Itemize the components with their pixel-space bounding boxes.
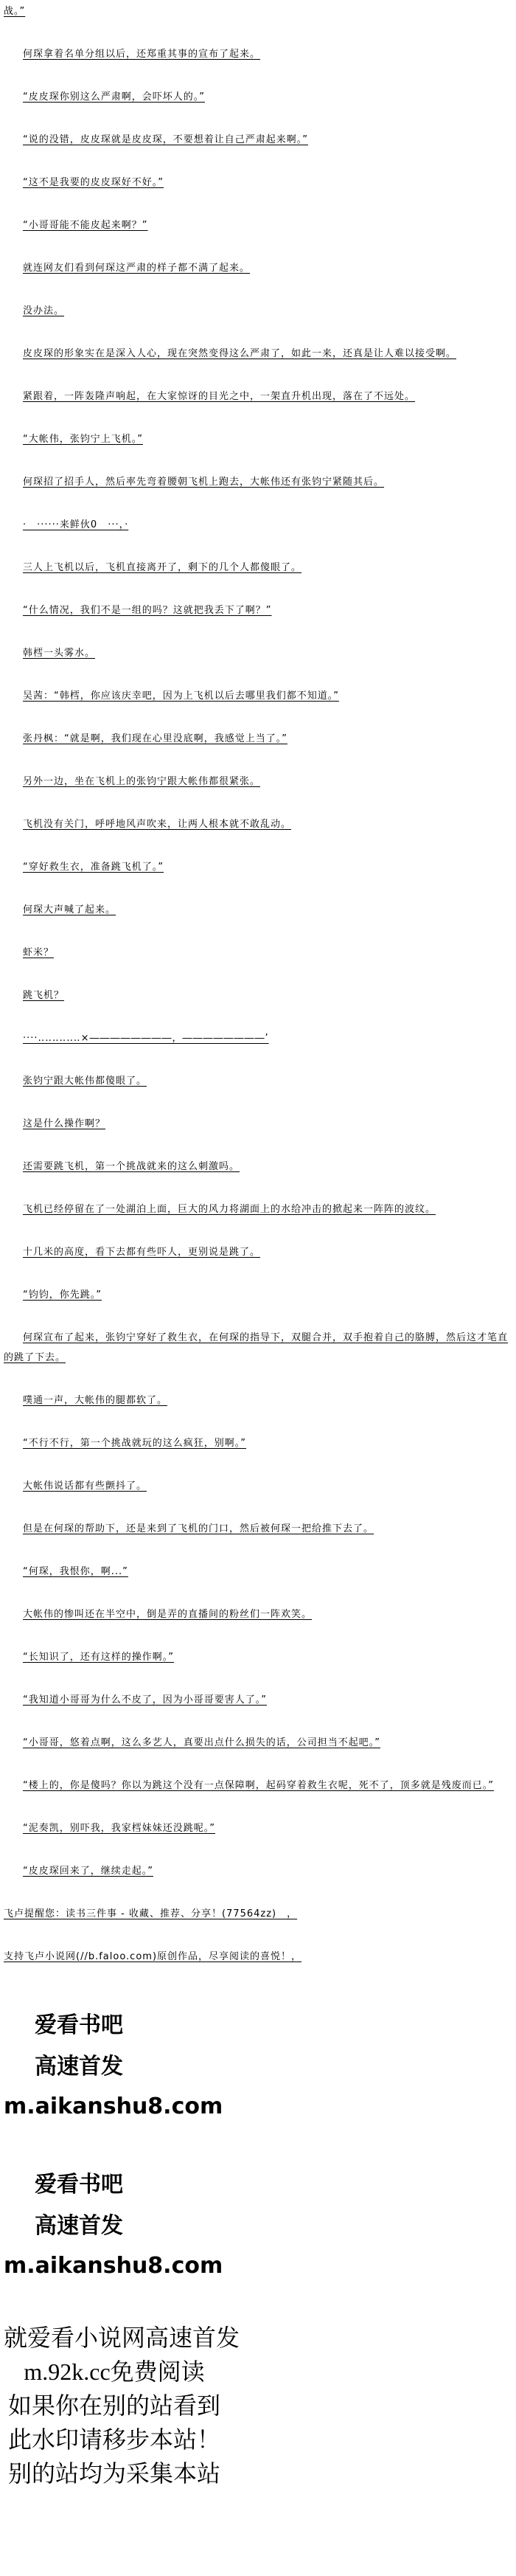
paragraph: 何琛宣布了起来，张钧宁穿好了救生衣，在何琛的指导下，双腿合并，双手抱着自己的胳膊… bbox=[4, 1328, 510, 1368]
watermark-line: 此水印请移步本站！ bbox=[4, 2423, 225, 2456]
promo-url: m.aikanshu8.com bbox=[4, 2247, 510, 2285]
paragraph: 皮皮琛的形象实在是深入人心，现在突然变得这么严肃了，如此一来，还真是让人难以接受… bbox=[4, 344, 510, 364]
paragraph: · ······来鲜伙0 ···，· bbox=[4, 515, 510, 535]
paragraph: “大帐伟，张钧宁上飞机。” bbox=[4, 429, 510, 449]
paragraph: 张钧宁跟大帐伟都傻眼了。 bbox=[4, 1071, 510, 1091]
paragraph: 大帐伟说话都有些颤抖了。 bbox=[4, 1476, 510, 1496]
paragraph: “钧钧，你先跳。” bbox=[4, 1285, 510, 1305]
promo-site-name: 爱看书吧 bbox=[35, 2005, 510, 2046]
promo-aikanshu: 爱看书吧高速首发m.aikanshu8.com爱看书吧高速首发m.aikansh… bbox=[4, 2005, 510, 2285]
promo-url: m.aikanshu8.com bbox=[4, 2088, 510, 2126]
watermark-line: 就爱看小说网高速首发 bbox=[4, 2321, 225, 2355]
paragraph: 支持飞卢小说网(//b.faloo.com)原创作品，尽享阅读的喜悦！， bbox=[4, 1947, 510, 1967]
paragraph: 飞机没有关门，呼呼地风声吹来，让两人根本就不敢乱动。 bbox=[4, 814, 510, 834]
promo-tagline: 高速首发 bbox=[35, 2206, 510, 2247]
paragraph: 还需要跳飞机，第一个挑战就来的这么刺激吗。 bbox=[4, 1157, 510, 1177]
paragraph: “穿好救生衣，准备跳飞机了。” bbox=[4, 857, 510, 877]
paragraph: “楼上的，你是傻吗？你以为跳这个没有一点保障啊，起码穿着救生衣呢，死不了，顶多就… bbox=[4, 1776, 510, 1796]
promo-site-name: 爱看书吧 bbox=[35, 2164, 510, 2206]
paragraph: “长知识了，还有这样的操作啊。” bbox=[4, 1647, 510, 1667]
paragraph: “小哥哥，悠着点啊，这么多艺人，真要出点什么损失的话，公司担当不起吧。” bbox=[4, 1733, 510, 1753]
paragraph: 噗通一声，大帐伟的腿都软了。 bbox=[4, 1391, 510, 1410]
paragraph: 但是在何琛的帮助下，还是来到了飞机的门口，然后被何琛一把给推下去了。 bbox=[4, 1519, 510, 1539]
paragraph: “小哥哥能不能皮起来啊？” bbox=[4, 215, 510, 235]
paragraph: 韩樰一头雾水。 bbox=[4, 643, 510, 663]
watermark-line: 别的站均为采集本站 bbox=[4, 2456, 225, 2490]
paragraph: “我知道小哥哥为什么不皮了，因为小哥哥要害人了。” bbox=[4, 1690, 510, 1710]
promo-block: 爱看书吧高速首发m.aikanshu8.com bbox=[4, 2164, 510, 2285]
paragraph: 何琛大声喊了起来。 bbox=[4, 900, 510, 920]
paragraph: 大帐伟的惨叫还在半空中，倒是弄的直播间的粉丝们一阵欢笑。 bbox=[4, 1604, 510, 1624]
watermark-line: m.92k.cc免费阅读 bbox=[4, 2355, 225, 2389]
paragraph: 飞机已经停留在了一处湖泊上面，巨大的风力将湖面上的水给冲击的掀起来一阵阵的波纹。 bbox=[4, 1199, 510, 1219]
paragraph: “这不是我要的皮皮琛好不好。” bbox=[4, 173, 510, 193]
paragraph: 没办法。 bbox=[4, 301, 510, 321]
promo-tagline: 高速首发 bbox=[35, 2046, 510, 2088]
watermark-line: 如果你在别的站看到 bbox=[4, 2389, 225, 2423]
paragraph: 飞卢提醒您：读书三件事 - 收藏、推荐、分享！(77564zz) ， bbox=[4, 1904, 510, 1924]
paragraph: “不行不行，第一个挑战就玩的这么疯狂，别啊。” bbox=[4, 1433, 510, 1453]
page-content: 战。”何琛拿着名单分组以后，还郑重其事的宣布了起来。“皮皮琛你别这么严肃啊，会吓… bbox=[0, 1, 516, 2513]
paragraph: 紧跟着，一阵轰隆声响起，在大家惊讶的目光之中，一架直升机出现，落在了不远处。 bbox=[4, 387, 510, 406]
novel-body: 战。”何琛拿着名单分组以后，还郑重其事的宣布了起来。“皮皮琛你别这么严肃啊，会吓… bbox=[4, 1, 510, 1967]
paragraph: 何琛招了招手人，然后率先弯着腰朝飞机上跑去，大帐伟还有张钧宁紧随其后。 bbox=[4, 472, 510, 492]
paragraph: 吴茜：“韩樰，你应该庆幸吧，因为上飞机以后去哪里我们都不知道。” bbox=[4, 686, 510, 706]
paragraph: 另外一边，坐在飞机上的张钧宁跟大帐伟都很紧张。 bbox=[4, 772, 510, 792]
paragraph: “皮皮琛你别这么严肃啊，会吓坏人的。” bbox=[4, 87, 510, 107]
paragraph: 虾米？ bbox=[4, 943, 510, 963]
promo-block: 爱看书吧高速首发m.aikanshu8.com bbox=[4, 2005, 510, 2126]
paragraph: 十几米的高度，看下去都有些吓人，更别说是跳了。 bbox=[4, 1242, 510, 1262]
paragraph: “说的没错，皮皮琛就是皮皮琛，不要想着让自己严肃起来啊。” bbox=[4, 130, 510, 150]
paragraph: “泥奏凯，别吓我，我家樰妹妹还没跳呢。” bbox=[4, 1818, 510, 1838]
paragraph: 就连网友们看到何琛这严肃的样子都不满了起来。 bbox=[4, 258, 510, 278]
paragraph: “什么情况，我们不是一组的吗？这就把我丢下了啊？” bbox=[4, 600, 510, 620]
watermark-92k: 就爱看小说网高速首发m.92k.cc免费阅读如果你在别的站看到此水印请移步本站！… bbox=[4, 2321, 225, 2505]
paragraph: 跳飞机？ bbox=[4, 986, 510, 1005]
paragraph: “皮皮琛回来了，继续走起。” bbox=[4, 1861, 510, 1881]
paragraph: 这是什么操作啊？ bbox=[4, 1114, 510, 1134]
paragraph: “何琛，我恨你，啊...” bbox=[4, 1562, 510, 1582]
paragraph: 三人上飞机以后，飞机直接离开了，剩下的几个人都傻眼了。 bbox=[4, 558, 510, 578]
paragraph: 张丹枫：“就是啊，我们现在心里没底啊，我感觉上当了。” bbox=[4, 729, 510, 749]
paragraph: 战。” bbox=[4, 1, 510, 21]
paragraph: ····‥‥‥‥‥‥×――――――――，――――――――’ bbox=[4, 1028, 510, 1048]
paragraph: 何琛拿着名单分组以后，还郑重其事的宣布了起来。 bbox=[4, 44, 510, 64]
